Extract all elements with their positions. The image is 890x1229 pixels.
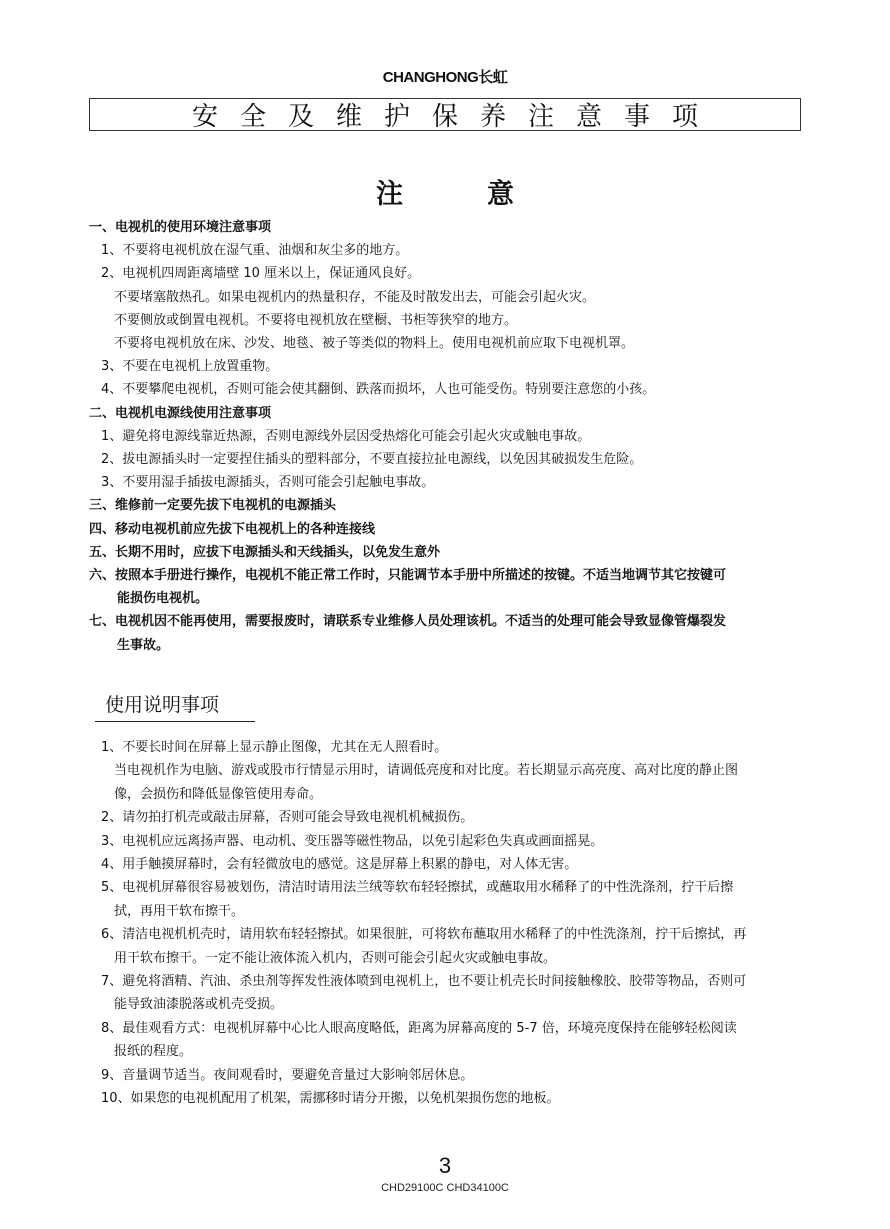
usage-section: 1、不要长时间在屏幕上显示静止图像，尤其在无人照看时。 当电视机作为电脑、游戏或… <box>89 736 809 1111</box>
list-item: 3、不要在电视机上放置重物。 <box>89 355 809 378</box>
list-item: 不要堵塞散热孔。如果电视机内的热量积存，不能及时散发出去，可能会引起火灾。 <box>89 286 809 309</box>
section-heading: 五、长期不用时，应拔下电源插头和天线插头，以免发生意外 <box>89 541 809 564</box>
section-heading-continuation: 生事故。 <box>89 634 809 657</box>
page-title-box: 安全及维护保养注意事项 <box>89 98 801 131</box>
section-heading: 六、按照本手册进行操作，电视机不能正常工作时，只能调节本手册中所描述的按键。不适… <box>89 564 809 587</box>
section-heading: 三、维修前一定要先拔下电视机的电源插头 <box>89 494 809 517</box>
section-heading: 七、电视机因不能再使用，需要报废时，请联系专业维修人员处理该机。不适当的处理可能… <box>89 610 809 633</box>
list-item: 3、不要用湿手插拔电源插头，否则可能会引起触电事故。 <box>89 471 809 494</box>
page-title: 安全及维护保养注意事项 <box>192 96 720 133</box>
list-item: 像，会损伤和降低显像管使用寿命。 <box>89 783 809 806</box>
list-item: 报纸的程度。 <box>89 1040 809 1063</box>
list-item: 用干软布擦干。一定不能让液体流入机内，否则可能会引起火灾或触电事故。 <box>89 947 809 970</box>
usage-heading: 使用说明事项 <box>95 690 255 722</box>
model-numbers: CHD29100C CHD34100C <box>0 1182 890 1194</box>
list-item: 4、不要攀爬电视机，否则可能会使其翻倒、跌落而损坏，人也可能受伤。特别要注意您的… <box>89 378 809 401</box>
section-heading: 一、电视机的使用环境注意事项 <box>89 216 809 239</box>
list-item: 6、清洁电视机机壳时，请用软布轻轻擦拭。如果很脏，可将软布蘸取用水稀释了的中性洗… <box>89 923 809 946</box>
list-item: 5、电视机屏幕很容易被划伤，清洁时请用法兰绒等软布轻轻擦拭，或蘸取用水稀释了的中… <box>89 876 809 899</box>
list-item: 当电视机作为电脑、游戏或股市行情显示用时，请调低亮度和对比度。若长期显示高亮度、… <box>89 759 809 782</box>
list-item: 不要将电视机放在床、沙发、地毯、被子等类似的物料上。使用电视机前应取下电视机罩。 <box>89 332 809 355</box>
list-item: 1、不要将电视机放在湿气重、油烟和灰尘多的地方。 <box>89 239 809 262</box>
list-item: 9、音量调节适当。夜间观看时，要避免音量过大影响邻居休息。 <box>89 1064 809 1087</box>
page-number: 3 <box>0 1153 890 1179</box>
list-item: 2、拔电源插头时一定要捏住插头的塑料部分，不要直接拉扯电源线，以免因其破损发生危… <box>89 448 809 471</box>
section-heading-continuation: 能损伤电视机。 <box>89 587 809 610</box>
list-item: 10、如果您的电视机配用了机架，需挪移时请分开搬，以免机架损伤您的地板。 <box>89 1087 809 1110</box>
list-item: 2、电视机四周距离墙壁 10 厘米以上，保证通风良好。 <box>89 262 809 285</box>
section-heading: 四、移动电视机前应先拔下电视机上的各种连接线 <box>89 518 809 541</box>
notice-section: 一、电视机的使用环境注意事项 1、不要将电视机放在湿气重、油烟和灰尘多的地方。 … <box>89 216 809 657</box>
list-item: 不要侧放或倒置电视机。不要将电视机放在壁橱、书柜等狭窄的地方。 <box>89 309 809 332</box>
brand-logo: CHANGHONG长虹 <box>0 66 890 87</box>
list-item: 7、避免将酒精、汽油、杀虫剂等挥发性液体喷到电视机上，也不要让机壳长时间接触橡胶… <box>89 970 809 993</box>
notice-heading: 注意 <box>0 172 890 211</box>
list-item: 拭，再用干软布擦干。 <box>89 900 809 923</box>
list-item: 2、请勿拍打机壳或敲击屏幕，否则可能会导致电视机机械损伤。 <box>89 806 809 829</box>
section-heading: 二、电视机电源线使用注意事项 <box>89 402 809 425</box>
list-item: 1、不要长时间在屏幕上显示静止图像，尤其在无人照看时。 <box>89 736 809 759</box>
list-item: 1、避免将电源线靠近热源，否则电源线外层因受热熔化可能会引起火灾或触电事故。 <box>89 425 809 448</box>
list-item: 8、最佳观看方式：电视机屏幕中心比人眼高度略低，距离为屏幕高度的 5-7 倍，环… <box>89 1017 809 1040</box>
list-item: 3、电视机应远离扬声器、电动机、变压器等磁性物品，以免引起彩色失真或画面摇晃。 <box>89 830 809 853</box>
list-item: 4、用手触摸屏幕时，会有轻微放电的感觉。这是屏幕上积累的静电，对人体无害。 <box>89 853 809 876</box>
list-item: 能导致油漆脱落或机壳受损。 <box>89 993 809 1016</box>
